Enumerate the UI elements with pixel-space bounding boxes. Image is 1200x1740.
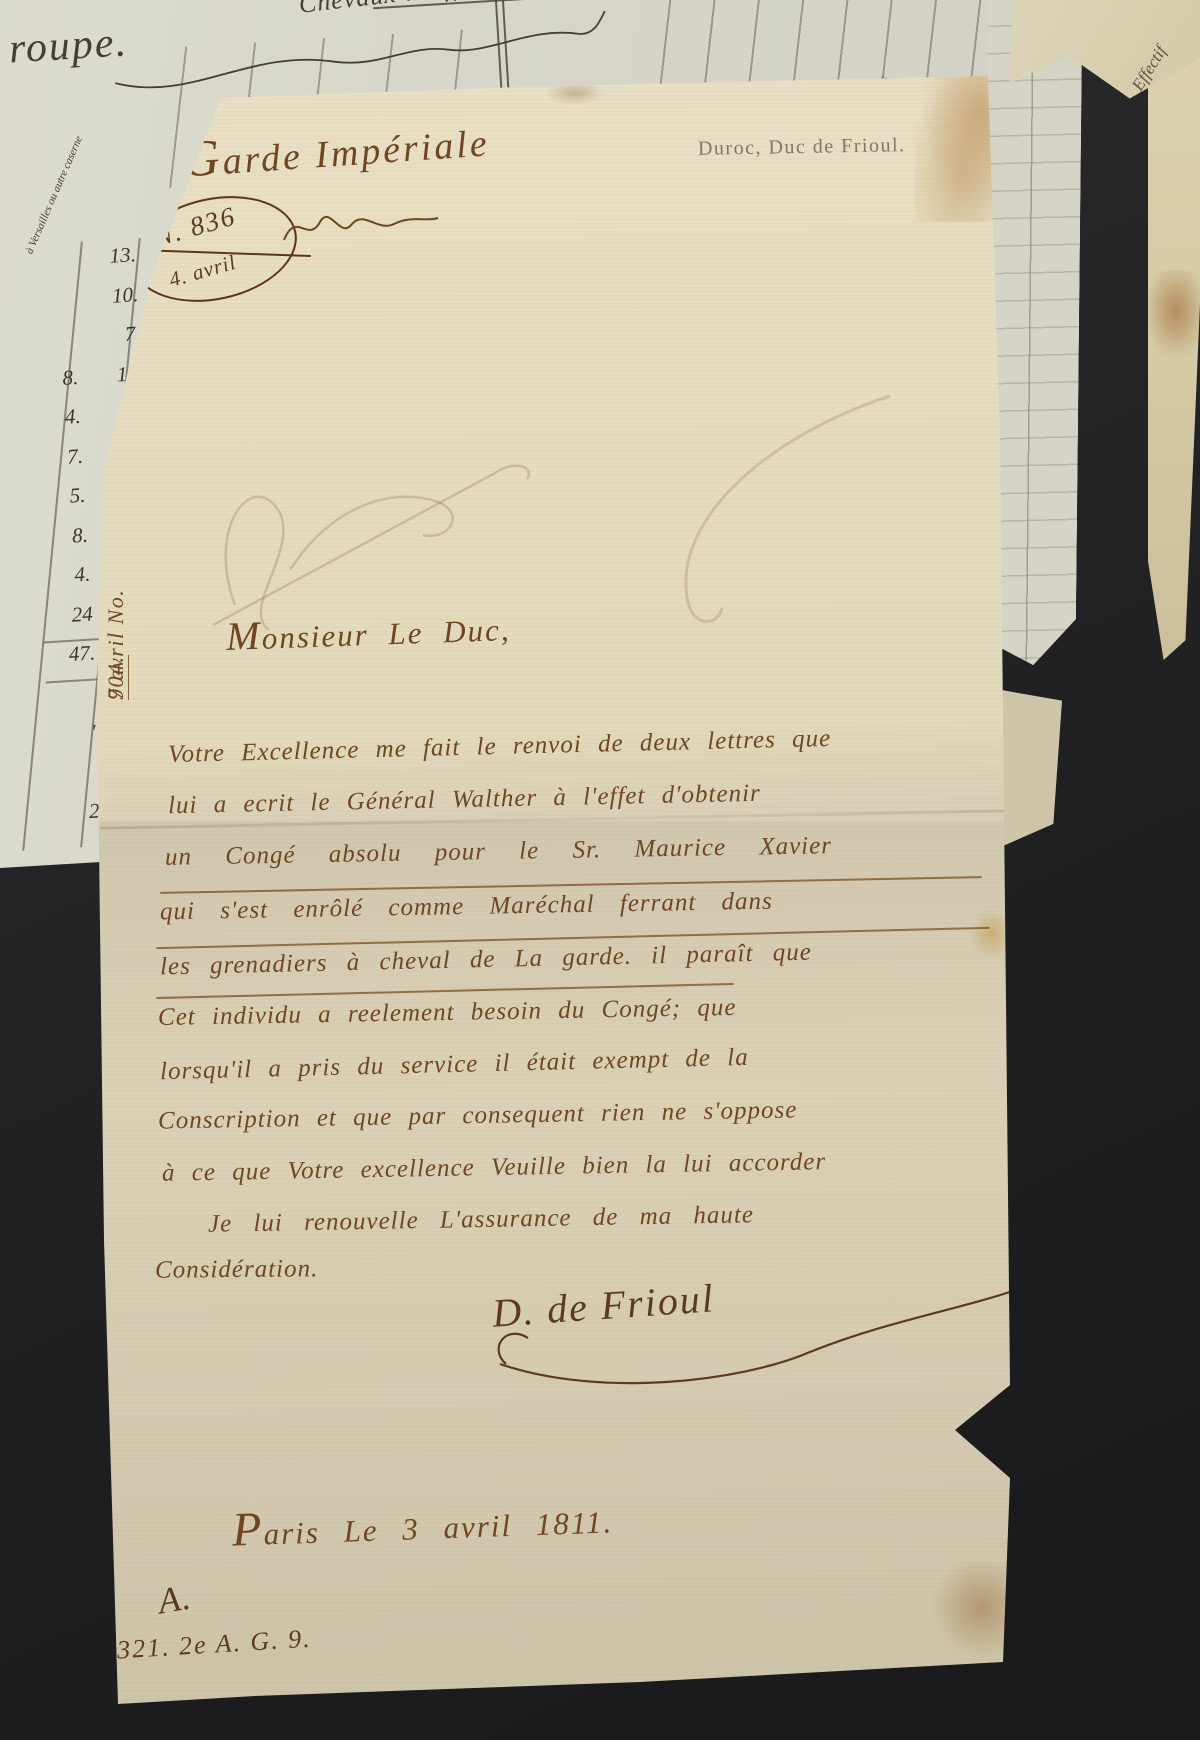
ledger-cell: ″ (48, 719, 105, 747)
side-paper-strip (1148, 0, 1200, 660)
docket-initial: A. (155, 1575, 195, 1622)
salutation: Monsieur Le Duc, (225, 603, 511, 660)
signature-flourish (440, 1252, 1040, 1402)
margin-note-prefix: 9 avril No. (103, 589, 129, 700)
margin-note: 9 avril No. 704. (103, 656, 129, 701)
ledger-cell: 13. (75, 242, 140, 271)
ledger-left-column-label: à Versailles ou autre caserne (23, 134, 85, 256)
ledger-cell: 10. (78, 281, 143, 310)
ledger-cell: 7. (31, 443, 88, 471)
paper-stain (1144, 270, 1200, 360)
ledger-cell: 8. (36, 522, 93, 550)
pencil-attribution: Duroc, Duc de Frioul. (698, 134, 906, 161)
corps-header: Garde Impériale (180, 109, 491, 189)
ink-flourish (282, 200, 442, 260)
ledger-cell: 47. (43, 640, 100, 668)
body-line: lui a ecrit le Général Walther à l'effet… (168, 780, 761, 820)
ledger-cell: 24 (41, 601, 98, 629)
ledger-cell: 4. (39, 561, 96, 589)
ink-showthrough (600, 380, 920, 640)
ledger-cell: 5. (34, 482, 91, 510)
ledger-cell: 4. (29, 404, 86, 432)
ledger-cell: 8. (26, 364, 83, 392)
registry-date: 4. avril (166, 250, 239, 293)
body-line: Votre Excellence me fait le renvoi de de… (168, 725, 832, 769)
photo-stage: roupe. Chevaux d'Officiers. officierscas… (0, 0, 1200, 1740)
body-line: Considération. (155, 1255, 319, 1284)
